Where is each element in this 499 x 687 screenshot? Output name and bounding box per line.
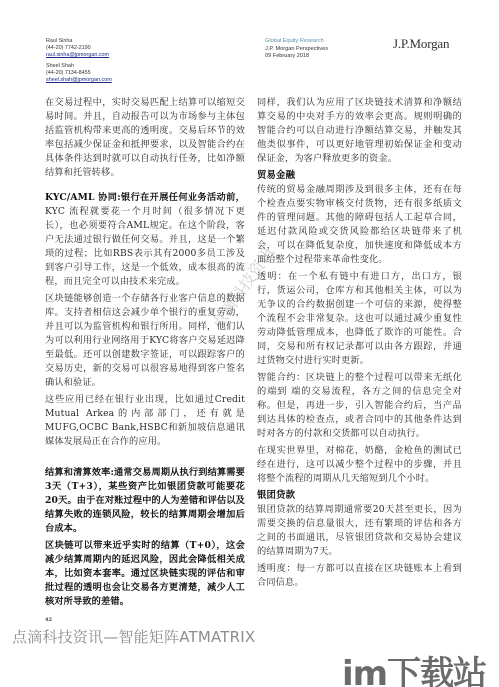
paragraph: 在交易过程中，实时交易匹配上结算可以缩短交易时间。并且，自动报告可以为市场参与主… (45, 96, 245, 180)
footer-brand: 点滴科技资讯—智能矩阵ATMATRIX (12, 626, 255, 647)
contact-2: Sheel Shah (44-20) 7134-8455 sheel.shah@… (46, 63, 112, 84)
contact-email-link[interactable]: sheel.shah@jpmorgan.com (46, 77, 112, 84)
paragraph: 在现实世界里，对棉花，奶酪，金枪鱼的测试已经在进行，这可以减少整个过程中的步骤，… (257, 444, 462, 486)
section-heading-syndicated-loans: 银团贷款 (257, 489, 462, 503)
contact-name: Sheel Shah (46, 63, 112, 70)
right-column: 同样，我们认为应用了区块链技术清算和净额结算交易的中央对手方的效率会更高。规则明… (257, 96, 462, 593)
kyc-body: KYC 流程就要花一个月时间（很多情况下更长），也必须要符合AML规定。在这个阶… (45, 206, 245, 287)
section-heading-trade-finance: 贸易金融 (257, 169, 462, 183)
report-meta: Global Equity Research J.P. Morgan Persp… (265, 38, 328, 61)
contact-block: Raul Sinha (44-20) 7742-2190 raul.sinha@… (46, 38, 112, 88)
contact-1: Raul Sinha (44-20) 7742-2190 raul.sinha@… (46, 38, 112, 59)
jpmorgan-logo: J.P.Morgan (393, 36, 449, 52)
paragraph: 同样，我们认为应用了区块链技术清算和净额结算交易的中央对手方的效率会更高。规则明… (257, 96, 462, 166)
paragraph: 透明：在一个私有链中有进口方，出口方，银行，货运公司，仓库方和其他相关主体，可以… (257, 270, 462, 368)
paragraph: 银团贷款的结算周期通常要20天甚至更长，因为需要交换的信息量很大，还有繁琐的评估… (257, 503, 462, 559)
contact-phone: (44-20) 7742-2190 (46, 45, 112, 52)
left-column: 在交易过程中，实时交易匹配上结算可以缩短交易时间。并且，自动报告可以为市场参与主… (45, 96, 245, 612)
settlement-heading-paragraph: 结算和清算效率:通常交易周期从执行到结算需要3天（T+3），某些资产比如银团贷款… (45, 466, 245, 536)
paragraph: 智能合约：区块链上的整个过程可以带来无纸化的端到 端的交易流程，各方之间的信息完… (257, 371, 462, 441)
paragraph: 传统的贸易金融周期涉及到很多主体，还有在每个检查点要实物审核交付货物，还有很多纸… (257, 183, 462, 267)
paragraph: 透明度：每一方都可以直接在区块链账本上看到合同信息。 (257, 562, 462, 590)
page-number: 42 (45, 617, 52, 623)
publication-label: J.P. Morgan Perspectives (265, 46, 328, 54)
contact-email-link[interactable]: raul.sinha@jpmorgan.com (46, 52, 112, 59)
kyc-heading: KYC/AML 协同:银行在开展任何业务活动前， (45, 192, 245, 203)
settlement-body-paragraph: 区块链可以带来近乎实时的结算（T+0），这会减少结算周期内的延迟风险，因此会降低… (45, 539, 245, 609)
kyc-paragraph: KYC/AML 协同:银行在开展任何业务活动前，KYC 流程就要花一个月时间（很… (45, 191, 245, 289)
report-date: 09 February 2018 (265, 53, 328, 61)
site-watermark-logo: im下载站 (342, 646, 486, 687)
paragraph: 这些应用已经在银行业出现，比如通过Credit Mutual Arkea的内部部… (45, 393, 245, 449)
contact-name: Raul Sinha (46, 38, 112, 45)
contact-phone: (44-20) 7134-8455 (46, 70, 112, 77)
department-label: Global Equity Research (265, 38, 328, 46)
